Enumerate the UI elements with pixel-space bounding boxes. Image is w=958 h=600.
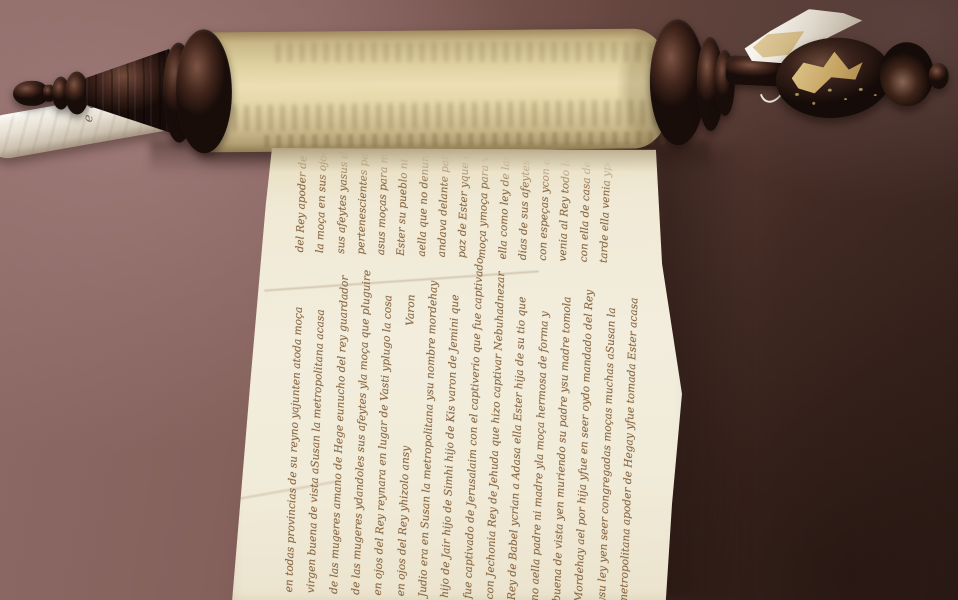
- right-finial-tip: [929, 63, 949, 89]
- unrolled-parchment-sheet: del Rey apoder de Hela moça en sus ojos …: [226, 144, 700, 600]
- wood-speckles: [784, 74, 886, 116]
- ink-showthrough-band: [232, 99, 664, 131]
- line-tail-word: Varon: [399, 294, 422, 326]
- esther-text-partial-column: del Rey apoder de Hela moça en sus ojos …: [290, 148, 617, 263]
- line-tail-word: [289, 290, 311, 291]
- left-finial-disc: [65, 71, 89, 114]
- right-finial-ball: [880, 42, 935, 106]
- left-roller-flange: [175, 29, 232, 153]
- ink-showthrough-band: [276, 42, 656, 63]
- line-tail-word: [601, 301, 623, 302]
- left-handle-cone: [86, 49, 171, 134]
- line-tail-word: [534, 299, 556, 300]
- manuscript-line: tarde ella venia ypo: [594, 159, 618, 264]
- esther-text-main-column: en todas provincias de su reyno yajunten…: [278, 290, 646, 600]
- ink-showthrough-band: [264, 131, 674, 148]
- line-tail-word: [311, 291, 333, 292]
- photo-stage: e o de: [0, 0, 958, 600]
- rolled-parchment-cylinder: [203, 28, 674, 152]
